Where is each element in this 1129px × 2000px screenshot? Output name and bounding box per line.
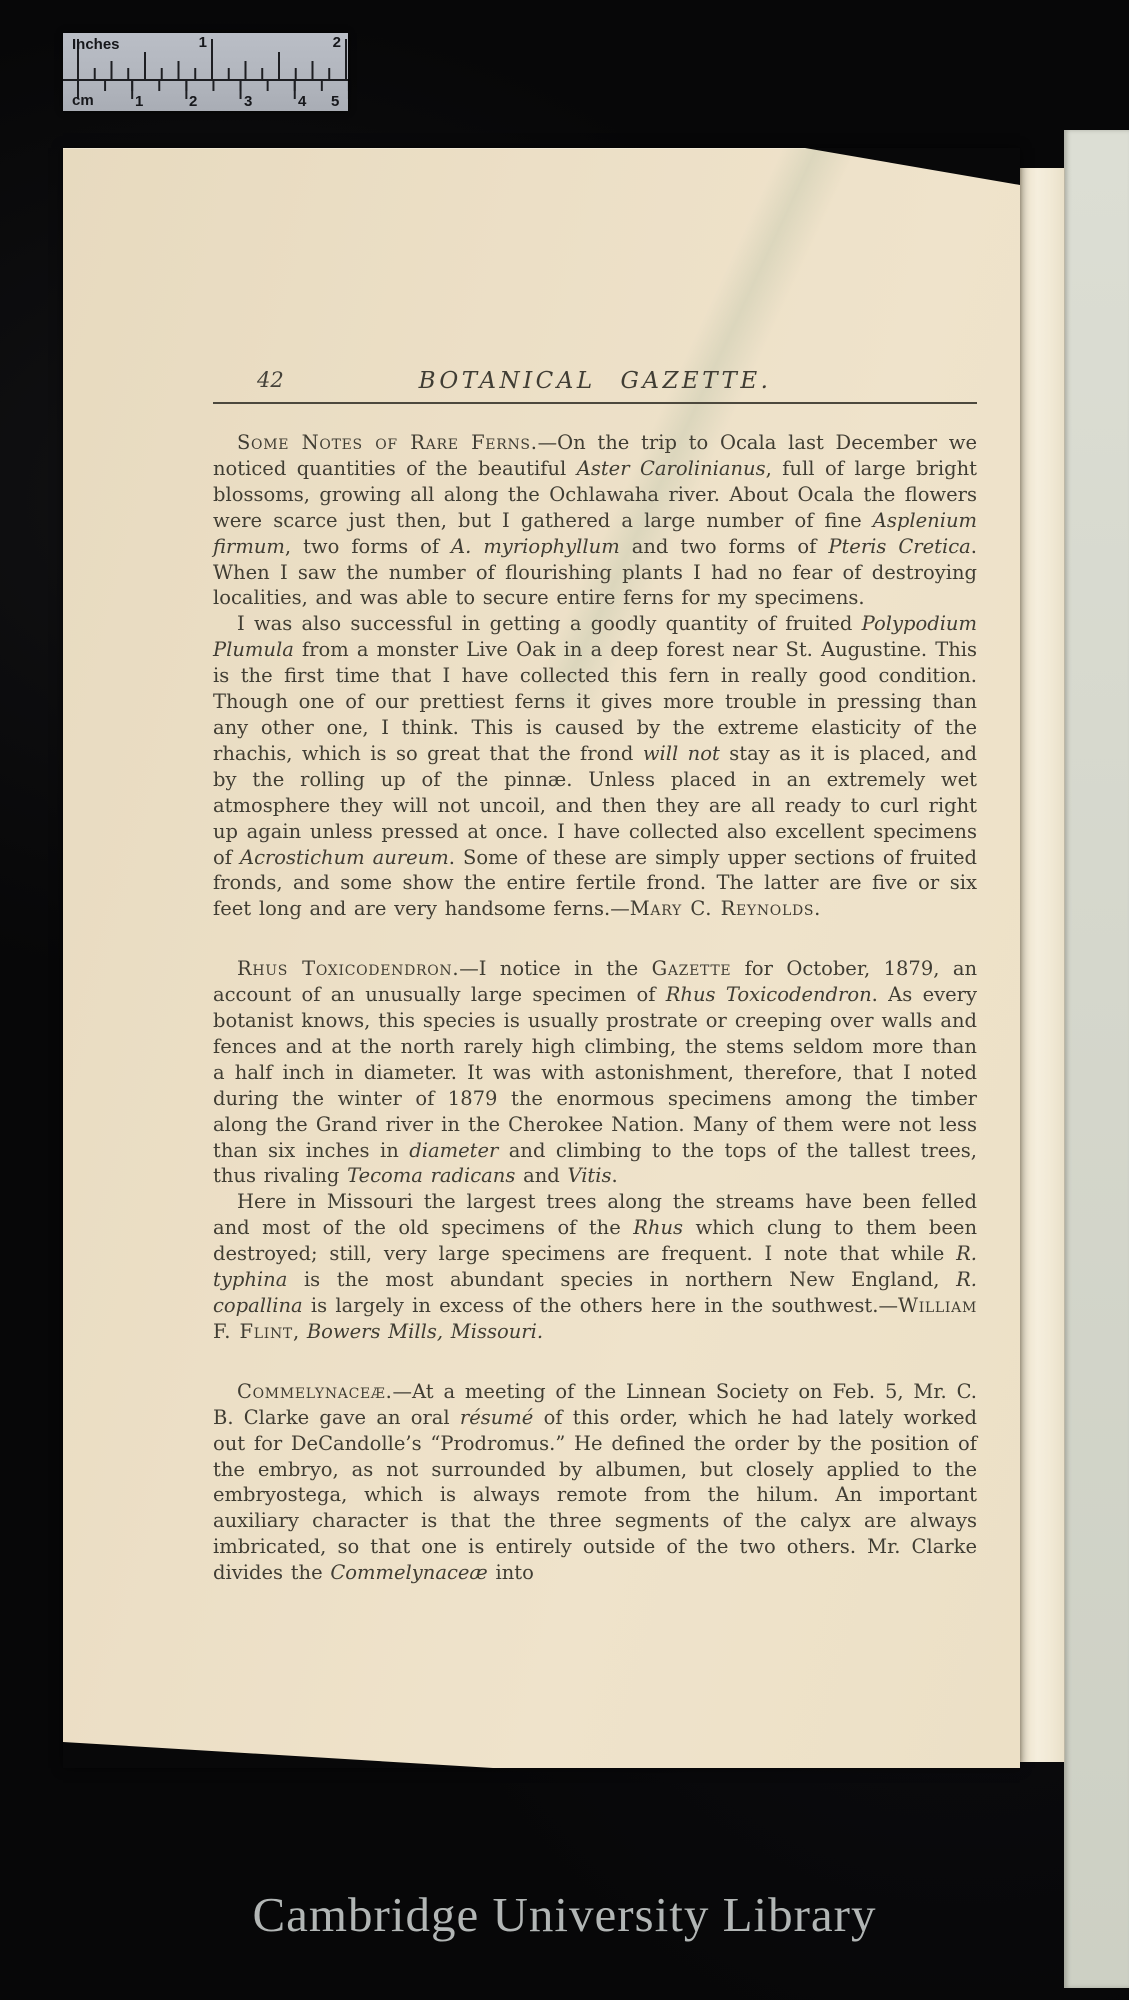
ruler-cm-label: cm [72, 93, 94, 108]
running-title: BOTANICAL GAZETTE. [213, 368, 977, 394]
article-paragraph: Here in Missouri the largest trees along… [213, 1189, 977, 1344]
article-paragraph: I was also successful in getting a goodl… [213, 611, 977, 922]
ruler-cm-number-1: 1 [135, 94, 143, 109]
library-credit: Cambridge University Library [0, 1886, 1129, 1943]
article-paragraph: Commelynaceæ.—At a meeting of the Linnea… [213, 1379, 977, 1586]
article-paragraph: Rhus Toxicodendron.—I notice in the Gaze… [213, 956, 977, 1189]
page-corner-shadow-bottom-left [63, 1742, 493, 1768]
article-paragraph: Some Notes of Rare Ferns.—On the trip to… [213, 430, 977, 611]
article-rhus-toxicodendron: Rhus Toxicodendron.—I notice in the Gaze… [213, 956, 977, 1345]
page-text: Some Notes of Rare Ferns.—On the trip to… [213, 430, 977, 1586]
ruler-cm-number-3: 3 [244, 94, 252, 109]
ruler-inch-number-2: 2 [323, 35, 341, 50]
pages-fore-edge [1020, 168, 1065, 1762]
article-commelynaceae: Commelynaceæ.—At a meeting of the Linnea… [213, 1379, 977, 1586]
ruler-inch-number-1: 1 [189, 35, 207, 50]
ruler-cm-number-4: 4 [298, 94, 306, 109]
page-header: 42 BOTANICAL GAZETTE. [213, 344, 977, 404]
ruler-inches-label: Inches [72, 37, 120, 52]
ruler-inches-scale: Inches 1 2 [63, 33, 348, 81]
ruler-cm-scale: cm 1 2 3 4 5 [63, 81, 348, 111]
measurement-ruler: Inches 1 2 cm 1 2 3 4 5 [63, 33, 348, 111]
ruler-cm-number-2: 2 [189, 94, 197, 109]
scanned-page: 42 BOTANICAL GAZETTE. Some Notes of Rare… [63, 148, 1020, 1768]
ruler-cm-number-5: 5 [331, 94, 339, 109]
article-some-notes-of-rare-ferns: Some Notes of Rare Ferns.—On the trip to… [213, 430, 977, 922]
flyleaf-edge [1064, 130, 1129, 1988]
page-corner-shadow-top-right [805, 148, 1020, 185]
